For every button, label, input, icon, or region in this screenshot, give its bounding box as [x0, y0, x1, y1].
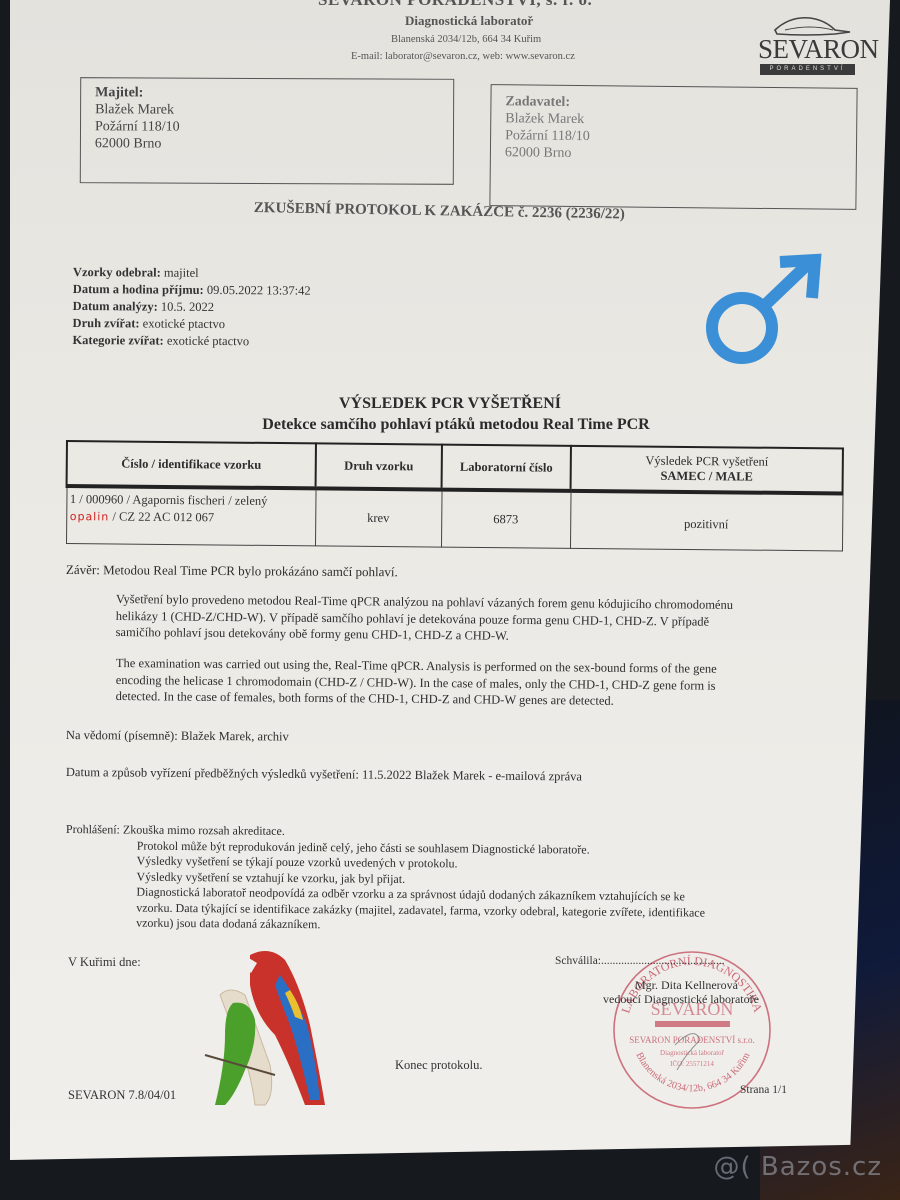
- table-row: 1 / 000960 / Agapornis fischeri / zelený…: [66, 486, 843, 551]
- col-sample-id: Číslo / identifikace vzorku: [67, 441, 316, 488]
- cell-result: pozitivní: [570, 491, 843, 551]
- result-table: Číslo / identifikace vzorku Druh vzorku …: [65, 440, 844, 551]
- distribution-note: Na vědomí (písemně): Blažek Marek, archi…: [66, 728, 289, 745]
- cell-lab-number: 6873: [441, 490, 571, 549]
- method-cz: Vyšetření bylo provedeno metodou Real-Ti…: [116, 591, 816, 647]
- client-city: 62000 Brno: [505, 145, 572, 162]
- table-header-row: Číslo / identifikace vzorku Druh vzorku …: [67, 441, 843, 493]
- declaration: Prohlášení: Zkouška mimo rozsah akredita…: [65, 822, 706, 936]
- lab-address: Blanenská 2034/12b, 664 34 Kuřim: [391, 34, 541, 45]
- client-box: Zadavatel: Blažek Marek Požární 118/10 6…: [489, 84, 857, 210]
- owner-box: Majitel: Blažek Marek Požární 118/10 620…: [80, 77, 454, 185]
- result-heading: VÝSLEDEK PCR VYŠETŘENÍ: [0, 395, 900, 413]
- col-lab-number: Laboratorní číslo: [442, 445, 571, 491]
- client-label: Zadavatel:: [505, 94, 570, 111]
- bazos-watermark: @( Bazos.cz: [714, 1152, 883, 1182]
- info-row: Datum analýzy: 10.5. 2022: [73, 298, 311, 317]
- sevaron-logo: SEVARON PORADENSTVÍ: [755, 12, 865, 82]
- logo-wordmark: SEVARON: [758, 34, 879, 65]
- approved-by: Schválila:..............................…: [555, 955, 725, 967]
- male-symbol-icon: [700, 250, 825, 370]
- col-result: Výsledek PCR vyšetření SAMEC / MALE: [571, 446, 843, 494]
- lab-name: Diagnostická laboratoř: [405, 13, 533, 29]
- svg-text:Diagnostická laboratoř: Diagnostická laboratoř: [660, 1049, 725, 1057]
- info-row: Datum a hodina příjmu: 09.05.2022 13:37:…: [73, 281, 311, 300]
- owner-label: Majitel:: [95, 85, 143, 101]
- handwritten-note: opalin: [70, 510, 110, 523]
- signer-role: vedoucí Diagnostické laboratoře: [603, 992, 759, 1007]
- owner-city: 62000 Brno: [95, 136, 162, 152]
- form-code: SEVARON 7.8/04/01: [68, 1088, 176, 1103]
- place-date-label: V Kuřimi dne:: [68, 955, 141, 970]
- client-street: Požární 118/10: [505, 128, 590, 145]
- owner-name: Blažek Marek: [95, 102, 174, 118]
- cell-sample-id: 1 / 000960 / Agapornis fischeri / zelený…: [66, 486, 316, 546]
- info-row: Kategorie zvířat: exotické ptactvo: [72, 332, 310, 351]
- logo-tagline: PORADENSTVÍ: [760, 64, 855, 75]
- cell-sample-type: krev: [315, 488, 442, 547]
- svg-text:IČO: 25571214: IČO: 25571214: [670, 1060, 714, 1068]
- svg-text:SEVARON PORADENSTVÍ s.r.o.: SEVARON PORADENSTVÍ s.r.o.: [629, 1035, 755, 1045]
- parrots-illustration: [195, 945, 340, 1110]
- svg-text:Blanenská 2034/12b, 664 34 Kuř: Blanenská 2034/12b, 664 34 Kuřim: [633, 1051, 752, 1095]
- sample-info: Vzorky odebral: majitel Datum a hodina p…: [72, 264, 310, 351]
- client-name: Blažek Marek: [505, 111, 584, 128]
- info-row: Vzorky odebral: majitel: [73, 264, 311, 283]
- signer-name: Mgr. Dita Kellnerová: [635, 978, 738, 993]
- end-of-protocol: Konec protokolu.: [395, 1058, 482, 1073]
- lab-contact: E-mail: laborator@sevaron.cz, web: www.s…: [351, 51, 575, 62]
- company-name: SEVARON PORADENSTVÍ, s. r. o.: [318, 0, 592, 10]
- conclusion: Závěr: Metodou Real Time PCR bylo prokáz…: [66, 562, 398, 580]
- page-number: Strana 1/1: [740, 1084, 787, 1096]
- info-row: Druh zvířat: exotické ptactvo: [73, 315, 311, 334]
- owner-street: Požární 118/10: [95, 119, 180, 135]
- result-subheading: Detekce samčího pohlaví ptáků metodou Re…: [0, 416, 900, 434]
- col-sample-type: Druh vzorku: [316, 443, 442, 489]
- method-en: The examination was carried out using th…: [116, 655, 816, 711]
